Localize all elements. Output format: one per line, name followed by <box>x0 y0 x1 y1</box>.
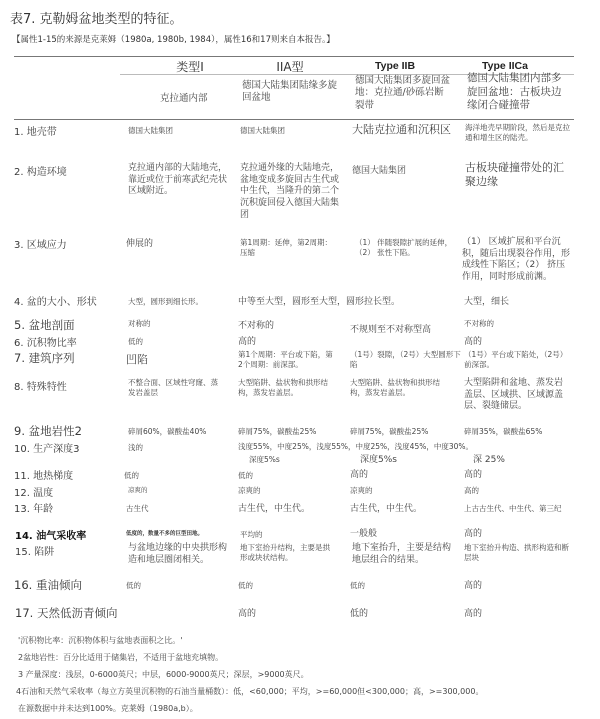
row-label-16: 16. 重油倾向 <box>14 577 82 593</box>
cell-2-4: 古板块碰撞带处的汇聚边缘 <box>465 161 565 190</box>
cell-9-3: 碎屑75%，碳酸盐25% <box>350 426 428 437</box>
cell-10-2: 深度5%s <box>249 454 280 465</box>
row-label-14: 14. 油气采收率 <box>15 527 86 542</box>
cell-10-4: 深 25% <box>473 452 505 465</box>
cell-14-1: 低度的，数量不多的巨型田地。 <box>126 529 203 537</box>
cell-16-2: 低的 <box>238 580 253 591</box>
col-header-type-iia: IIA型 <box>250 58 330 75</box>
cell-5-4: 不对称的 <box>464 318 494 329</box>
cell-15-1: 与盆地边缘的中央拱形构造和地层圈闭相关。 <box>128 543 233 566</box>
cell-6-4: 高的 <box>464 334 482 347</box>
cell-13-1: 古生代 <box>126 503 149 514</box>
cell-8-4: 大型陷阱和盆地、蒸发岩盖层、区域拱、区域源盖层、裂缝储层。 <box>464 378 569 413</box>
row-label-7: 7. 建筑序列 <box>14 350 75 366</box>
cell-11-1: 低的 <box>124 470 139 481</box>
row-label-12: 12. 温度 <box>14 484 53 499</box>
cell-16-4: 高的 <box>464 578 482 591</box>
cell-5-2: 不对称的 <box>238 318 274 331</box>
cell-15-4: 地下室抬升构造、拱形构造和断层块 <box>464 543 569 563</box>
footnote-2: 2盆地岩性：百分比适用于储集岩，不适用于盆地充填物。 <box>18 652 223 663</box>
cell-7-3: （1号）裂隙，（2号）大型圆形下陷 <box>350 350 462 370</box>
cell-14-3: 一般般 <box>350 526 377 539</box>
cell-8-1: 不整合面、区域性穹窿、蒸发岩盖层 <box>128 378 223 398</box>
col-sub-type-i: 克拉通内部 <box>160 90 208 104</box>
cell-10-span: 浅度55%，中度25%，浅度55%，中度25%，浅度45%，中度30%。 <box>238 441 473 452</box>
cell-3-4: （1） 区域扩展和平台沉积，随后出现裂谷作用，形成线性下陷区；（2） 挤压作用，… <box>462 237 574 284</box>
col-sub-type-iib: 德国大陆集团多旋回盆地：克拉通/砂砾岩断裂带 <box>355 75 450 112</box>
row-label-5: 5. 盆地剖面 <box>14 317 75 333</box>
top-rule <box>14 56 574 57</box>
col-sub-type-iia: 德国大陆集团陆缘多旋回盆地 <box>242 80 342 105</box>
cell-2-3: 德国大陆集团 <box>352 163 406 176</box>
table-subtitle: 【属性1-15的来源是克莱姆（1980a, 1980b, 1984），属性16和… <box>12 33 335 45</box>
footnote-4: 4石油和天然气采收率（每立方英里沉积物的石油当量桶数）：低，<60,000；平均… <box>16 686 483 697</box>
cell-10-3: 深度5%s <box>360 452 397 465</box>
cell-15-3: 地下室抬升，主要是结构地层组合的结果。 <box>352 543 457 566</box>
cell-7-1: 凹陷 <box>126 351 148 367</box>
cell-9-4: 碎屑35%，碳酸盐65% <box>464 426 542 437</box>
row-label-6: 6. 沉积物比率 <box>14 334 77 349</box>
cell-12-4: 高的 <box>464 485 479 496</box>
col-header-type-iib: Type IIB <box>355 60 435 72</box>
cell-15-2: 地下室抬升结构，主要是拱形或块状结构。 <box>240 543 332 563</box>
cell-12-3: 凉爽的 <box>350 485 373 496</box>
cell-4-4: 大型，细长 <box>464 294 509 307</box>
cell-17-2: 高的 <box>238 606 256 619</box>
cell-11-4: 高的 <box>464 467 482 480</box>
cell-6-1: 低的 <box>128 336 143 347</box>
row-label-4: 4. 盆的大小、形状 <box>14 293 97 308</box>
cell-1-4: 海洋地壳早期阶段，然后是克拉通和增生区的陆壳。 <box>465 123 575 143</box>
row-label-10: 10. 生产深度3 <box>14 440 79 455</box>
cell-11-2: 低的 <box>238 470 253 481</box>
footnote-1: '沉积物比率：沉积物体积与盆地表面积之比。' <box>18 635 182 646</box>
cell-1-1: 德国大陆集团 <box>128 125 173 136</box>
cell-14-2: 平均的 <box>240 529 263 540</box>
cell-11-3: 高的 <box>350 467 368 480</box>
cell-13-2: 古生代，中生代。 <box>238 501 310 514</box>
row-label-9: 9. 盆地岩性2 <box>14 423 82 439</box>
cell-13-3: 古生代，中生代。 <box>350 501 422 514</box>
cell-8-2: 大型陷阱、盐状物和拱形结构，蒸发岩盖层。 <box>238 378 333 398</box>
row-label-3: 3. 区域应力 <box>14 236 67 251</box>
row-label-11: 11. 地热梯度 <box>14 467 73 482</box>
cell-10-1: 浅的 <box>128 442 143 453</box>
row-label-2: 2. 构造环境 <box>14 163 67 178</box>
cell-16-3: 低的 <box>350 580 365 591</box>
row-label-15: 15. 陷阱 <box>15 543 54 558</box>
cell-3-1: 伸展的 <box>126 236 153 249</box>
cell-13-4: 上古古生代、中生代、第三纪 <box>464 503 562 514</box>
cell-9-1: 碎屑60%，碳酸盐40% <box>128 426 206 437</box>
cell-9-2: 碎屑75%，碳酸盐25% <box>238 426 316 437</box>
footnote-5: 在源数据中并未达到100%。克莱姆（1980a,b）。 <box>18 703 198 714</box>
body-rule <box>14 119 574 120</box>
footnote-3: 3 产量深度：浅层，0-6000英尺；中层，6000-9000英尺；深层，>90… <box>18 669 309 680</box>
cell-3-2: 第1周期：延伸，第2周期：压缩 <box>240 238 335 258</box>
row-label-13: 13. 年龄 <box>14 500 53 515</box>
cell-14-4: 高的 <box>464 526 482 539</box>
cell-2-1: 克拉通内部的大陆地壳，靠近或位于前寒武纪壳状区域附近。 <box>128 163 233 198</box>
cell-16-1: 低的 <box>126 580 141 591</box>
cell-17-4: 高的 <box>464 606 482 619</box>
row-label-17: 17. 天然低沥青倾向 <box>15 605 117 621</box>
col-sub-type-iica: 德国大陆集团内部多旋回盆地：古板块边缘闭合碰撞带 <box>467 72 567 113</box>
row-label-1: 1. 地壳带 <box>14 123 57 138</box>
cell-7-4: （1号）平台或下陷处，（2号）前深部。 <box>464 350 564 370</box>
cell-3-3: （1） 伴随裂隙扩展的延伸，（2） 张性下陷。 <box>355 238 455 258</box>
table-title: 表7. 克勒姆盆地类型的特征。 <box>10 8 183 27</box>
cell-12-1: 凉爽的 <box>128 485 148 494</box>
col-header-type-iica: Type IICa <box>465 60 545 72</box>
col-header-type-i: 类型Ⅰ <box>150 58 230 75</box>
cell-1-2: 德国大陆集团 <box>240 125 285 136</box>
cell-7-2: 第1个周期：平台或下陷，第2个周期：前深部。 <box>238 350 333 370</box>
row-label-8: 8. 特殊特性 <box>14 378 67 393</box>
cell-17-3: 低的 <box>350 606 368 619</box>
cell-4-2: 中等至大型，圆形至大型，圆形拉长型。 <box>238 294 400 307</box>
cell-8-3: 大型陷阱、盐状物和拱形结构，蒸发岩盖层。 <box>350 378 445 398</box>
cell-6-2: 高的 <box>238 334 256 347</box>
cell-12-2: 凉爽的 <box>238 485 261 496</box>
cell-5-3: 不规则至不对称型高 <box>350 322 431 335</box>
cell-5-1: 对称的 <box>128 318 151 329</box>
cell-2-2: 克拉通外缘的大陆地壳，盆地变成多旋回古生代或中生代，当隆升的第二个沉积旋回侵入德… <box>240 163 345 221</box>
cell-4-1: 大型，圆形到细长形。 <box>128 296 203 307</box>
cell-1-3: 大陆克拉通和沉积区 <box>352 121 451 137</box>
